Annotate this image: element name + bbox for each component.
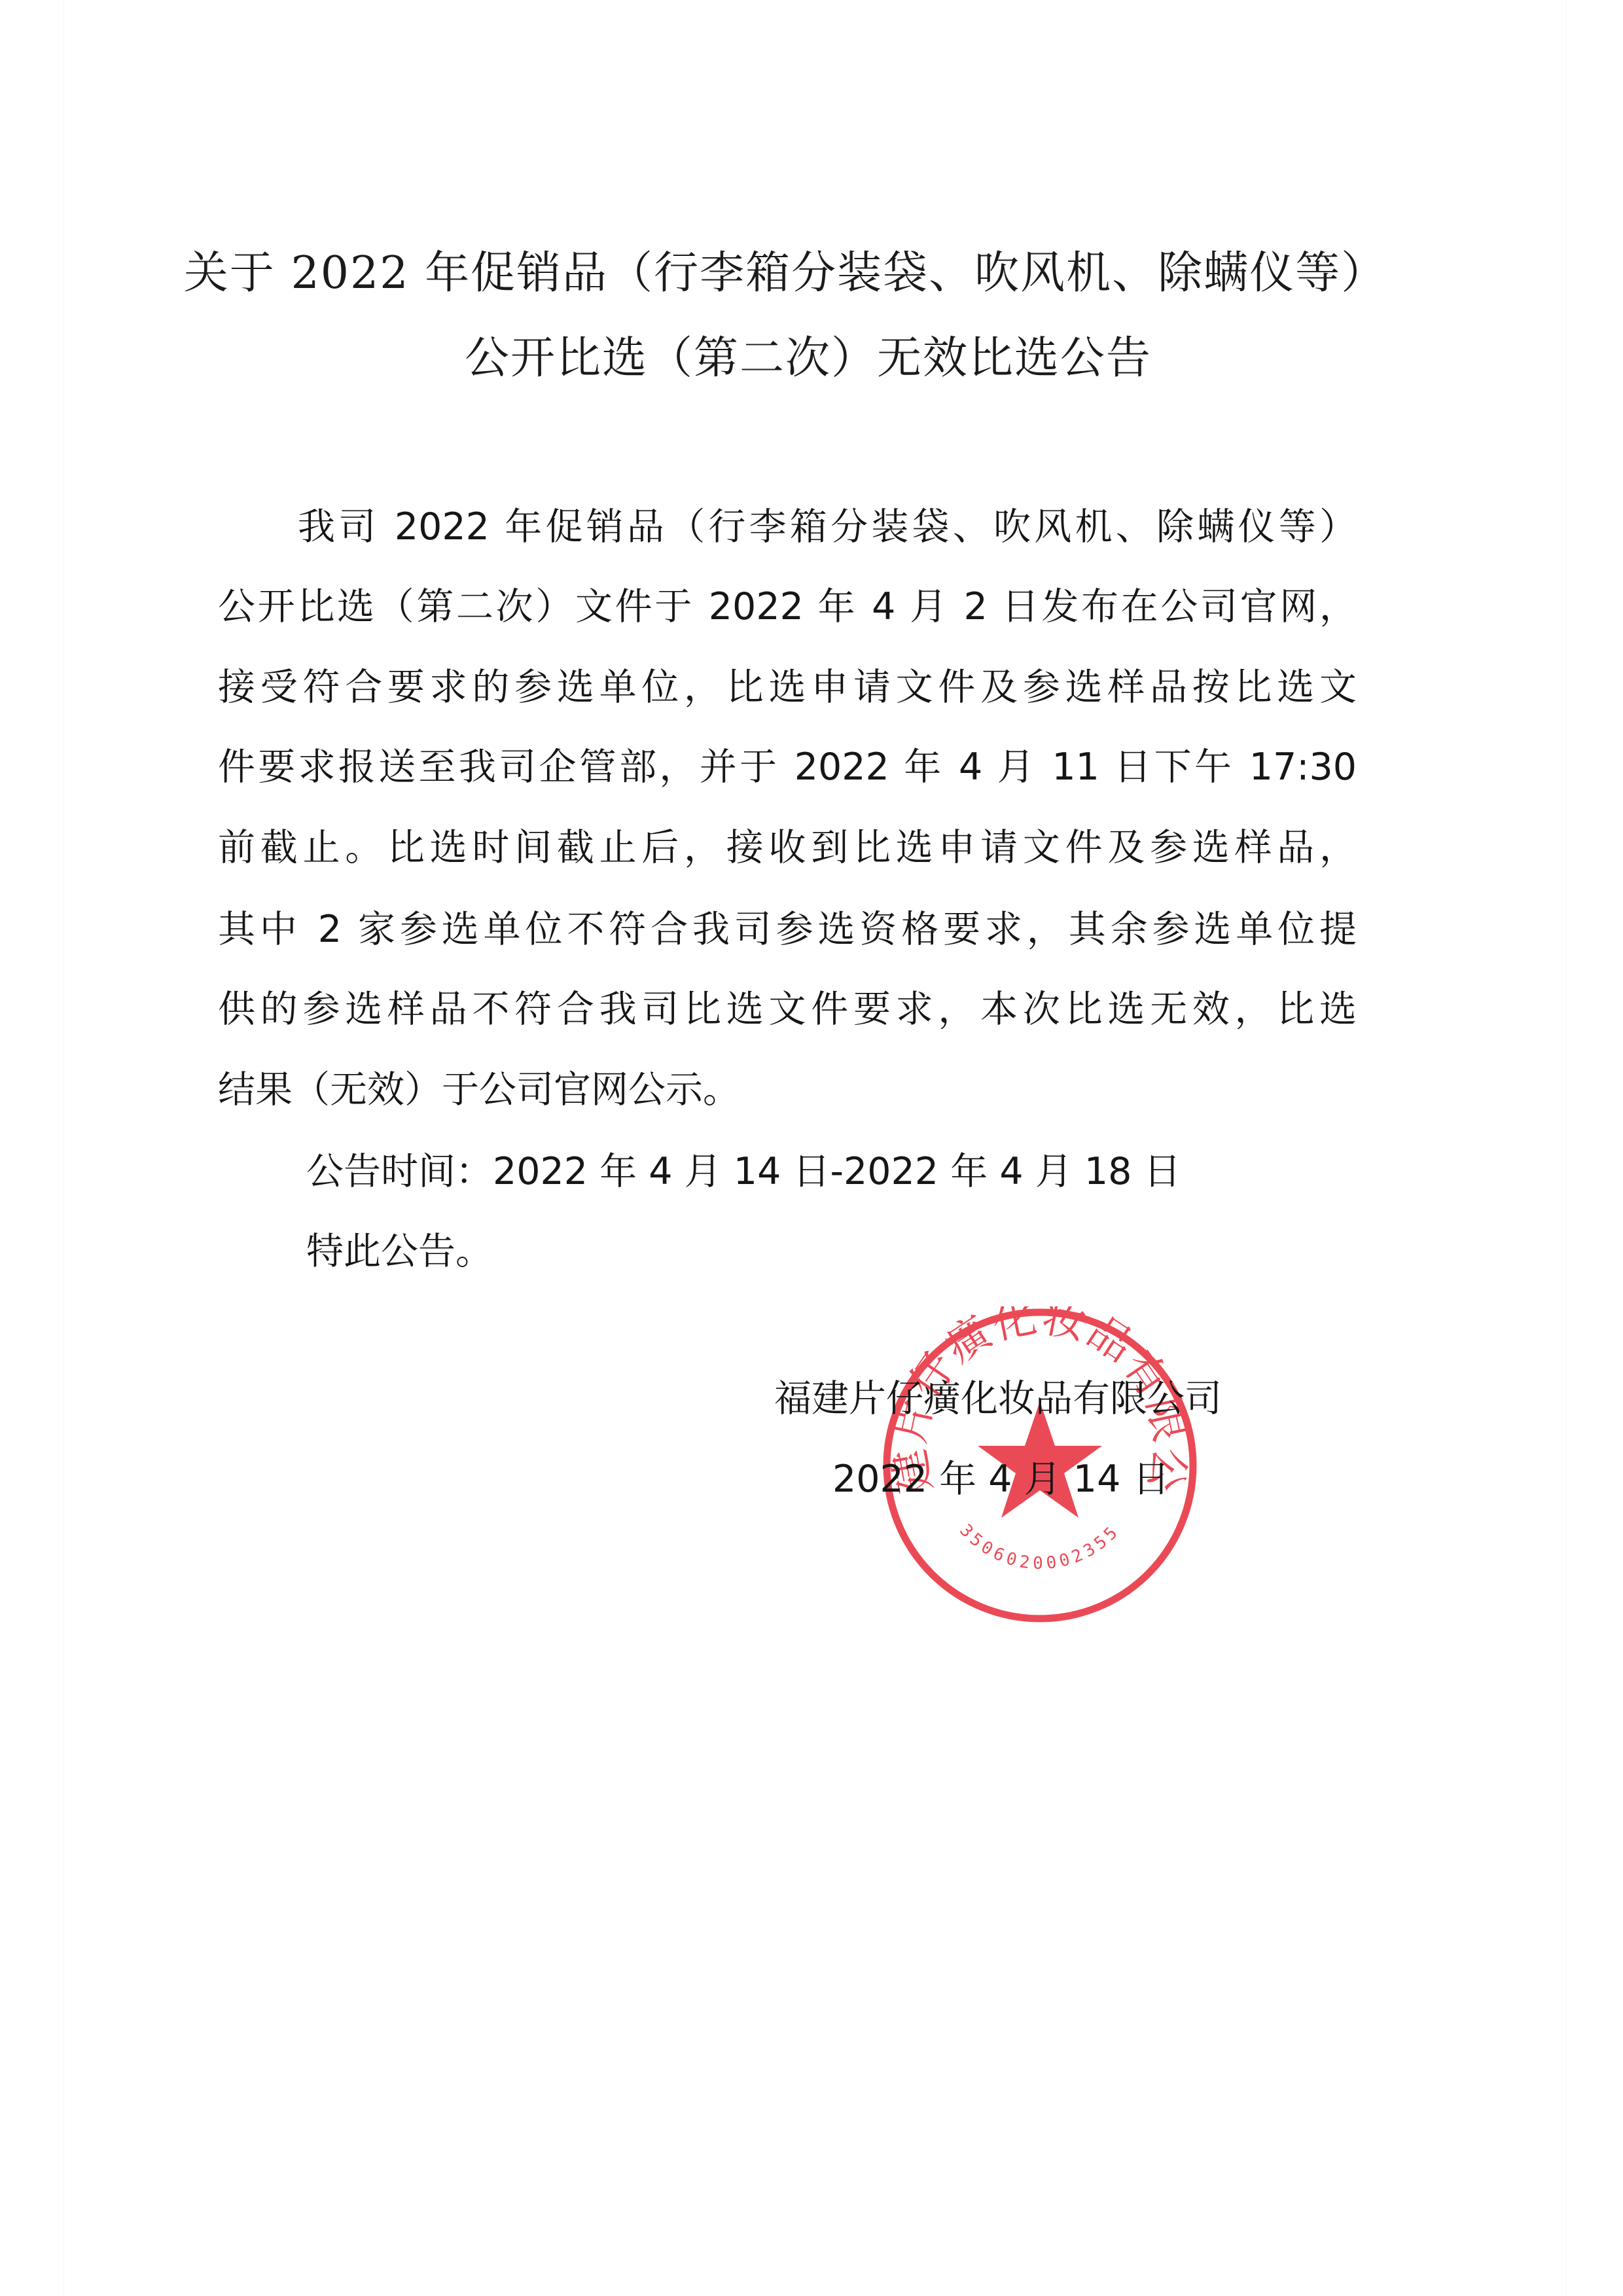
- body-line: 接受符合要求的参选单位，比选申请文件及参选样品按比选文: [218, 664, 1357, 710]
- body-line: 结果（无效）于公司官网公示。: [218, 1067, 1357, 1113]
- document-title-line-1: 关于 2022 年促销品（行李箱分装袋、吹风机、除螨仪等）: [0, 247, 1597, 300]
- announcement-period: 公告时间：2022 年 4 月 14 日-2022 年 4 月 18 日: [306, 1149, 1181, 1194]
- body-line: 公开比选（第二次）文件于 2022 年 4 月 2 日发布在公司官网，: [218, 584, 1357, 630]
- body-line: 件要求报送至我司企管部，并于 2022 年 4 月 11 日下午 17:30: [218, 744, 1357, 790]
- svg-text:3506020002355: 3506020002355: [955, 1520, 1124, 1573]
- signature-company: 福建片仔癀化妆品有限公司: [774, 1376, 1222, 1422]
- document-title-line-2: 公开比选（第二次）无效比选公告: [0, 332, 1620, 385]
- body-line: 前截止。比选时间截止后，接收到比选申请文件及参选样品，: [218, 825, 1357, 870]
- closing-remark: 特此公告。: [306, 1229, 493, 1274]
- seal-code-text: 3506020002355: [955, 1520, 1124, 1573]
- body-line: 供的参选样品不符合我司比选文件要求，本次比选无效，比选: [218, 986, 1357, 1032]
- signature-date: 2022 年 4 月 14 日: [832, 1456, 1169, 1502]
- document-page: 关于 2022 年促销品（行李箱分装袋、吹风机、除螨仪等） 公开比选（第二次）无…: [0, 0, 1623, 2296]
- body-line: 我司 2022 年促销品（行李箱分装袋、吹风机、除螨仪等）: [298, 504, 1357, 550]
- body-line: 其中 2 家参选单位不符合我司参选资格要求，其余参选单位提: [218, 906, 1357, 952]
